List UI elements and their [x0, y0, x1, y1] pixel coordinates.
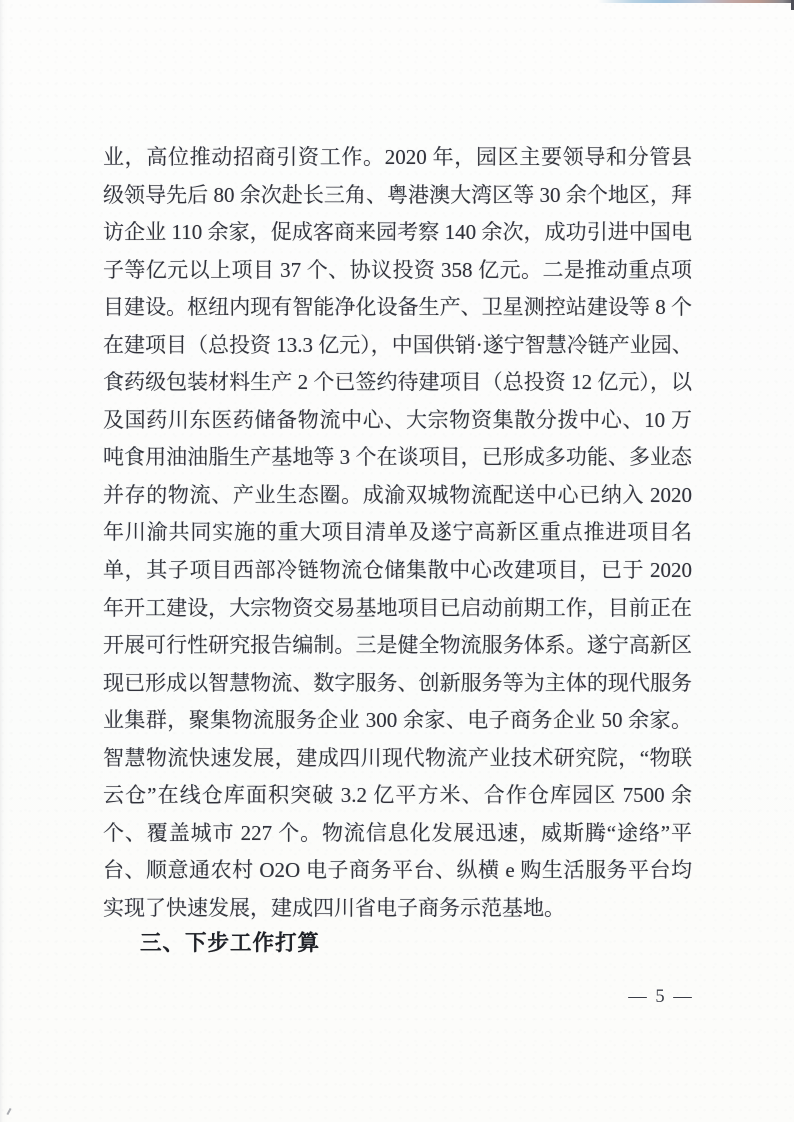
body-text-line: 现已形成以智慧物流、数字服务、创新服务等为主体的现代服务	[103, 665, 692, 703]
body-text-line: 年川渝共同实施的重大项目清单及遂宁高新区重点推进项目名	[103, 514, 692, 552]
body-text-line: 个、覆盖城市 227 个。物流信息化发展迅速，威斯腾“途络”平	[103, 815, 692, 853]
body-text-line: 开展可行性研究报告编制。三是健全物流服务体系。遂宁高新区	[103, 627, 692, 665]
body-text-line: 子等亿元以上项目 37 个、协议投资 358 亿元。二是推动重点项	[103, 252, 692, 290]
body-text-line: 目建设。枢纽内现有智能净化设备生产、卫星测控站建设等 8 个	[103, 289, 692, 327]
body-text-line: 台、顺意通农村 O2O 电子商务平台、纵横 e 购生活服务平台均	[103, 852, 692, 890]
body-text-line: 业集群，聚集物流服务企业 300 余家、电子商务企业 50 余家。	[103, 702, 692, 740]
body-text-line: 级领导先后 80 余次赴长三角、粤港澳大湾区等 30 余个地区，拜	[103, 177, 692, 215]
body-text-line: 及国药川东医药储备物流中心、大宗物资集散分拨中心、10 万	[103, 402, 692, 440]
scan-smudge-mark	[6, 1108, 11, 1115]
body-text-block: 业，高位推动招商引资工作。2020 年，园区主要领导和分管县 级领导先后 80 …	[103, 139, 692, 927]
body-text-line: 智慧物流快速发展，建成四川现代物流产业技术研究院，“物联	[103, 740, 692, 778]
body-text-line: 吨食用油油脂生产基地等 3 个在谈项目，已形成多功能、多业态	[103, 439, 692, 477]
body-text-line: 单，其子项目西部冷链物流仓储集散中心改建项目，已于 2020	[103, 552, 692, 590]
body-text-line: 业，高位推动招商引资工作。2020 年，园区主要领导和分管县	[103, 139, 692, 177]
scan-edge-artifact	[598, 0, 794, 3]
body-text-line: 并存的物流、产业生态圈。成渝双城物流配送中心已纳入 2020	[103, 477, 692, 515]
body-text-line: 在建项目（总投资 13.3 亿元），中国供销·遂宁智慧冷链产业园、	[103, 327, 692, 365]
body-text-line: 实现了快速发展，建成四川省电子商务示范基地。	[103, 890, 692, 928]
scanned-document-page: { "document": { "body_lines": [ "业，高位推动招…	[0, 0, 794, 1122]
body-text-line: 食药级包装材料生产 2 个已签约待建项目（总投资 12 亿元），以	[103, 364, 692, 402]
section-heading: 三、下步工作打算	[103, 924, 692, 962]
body-text-line: 云仓”在线仓库面积突破 3.2 亿平方米、合作仓库园区 7500 余	[103, 777, 692, 815]
body-text-line: 年开工建设，大宗物资交易基地项目已启动前期工作，目前正在	[103, 590, 692, 628]
page-number: — 5 —	[626, 986, 696, 1008]
body-text-line: 访企业 110 余家，促成客商来园考察 140 余次，成功引进中国电	[103, 214, 692, 252]
